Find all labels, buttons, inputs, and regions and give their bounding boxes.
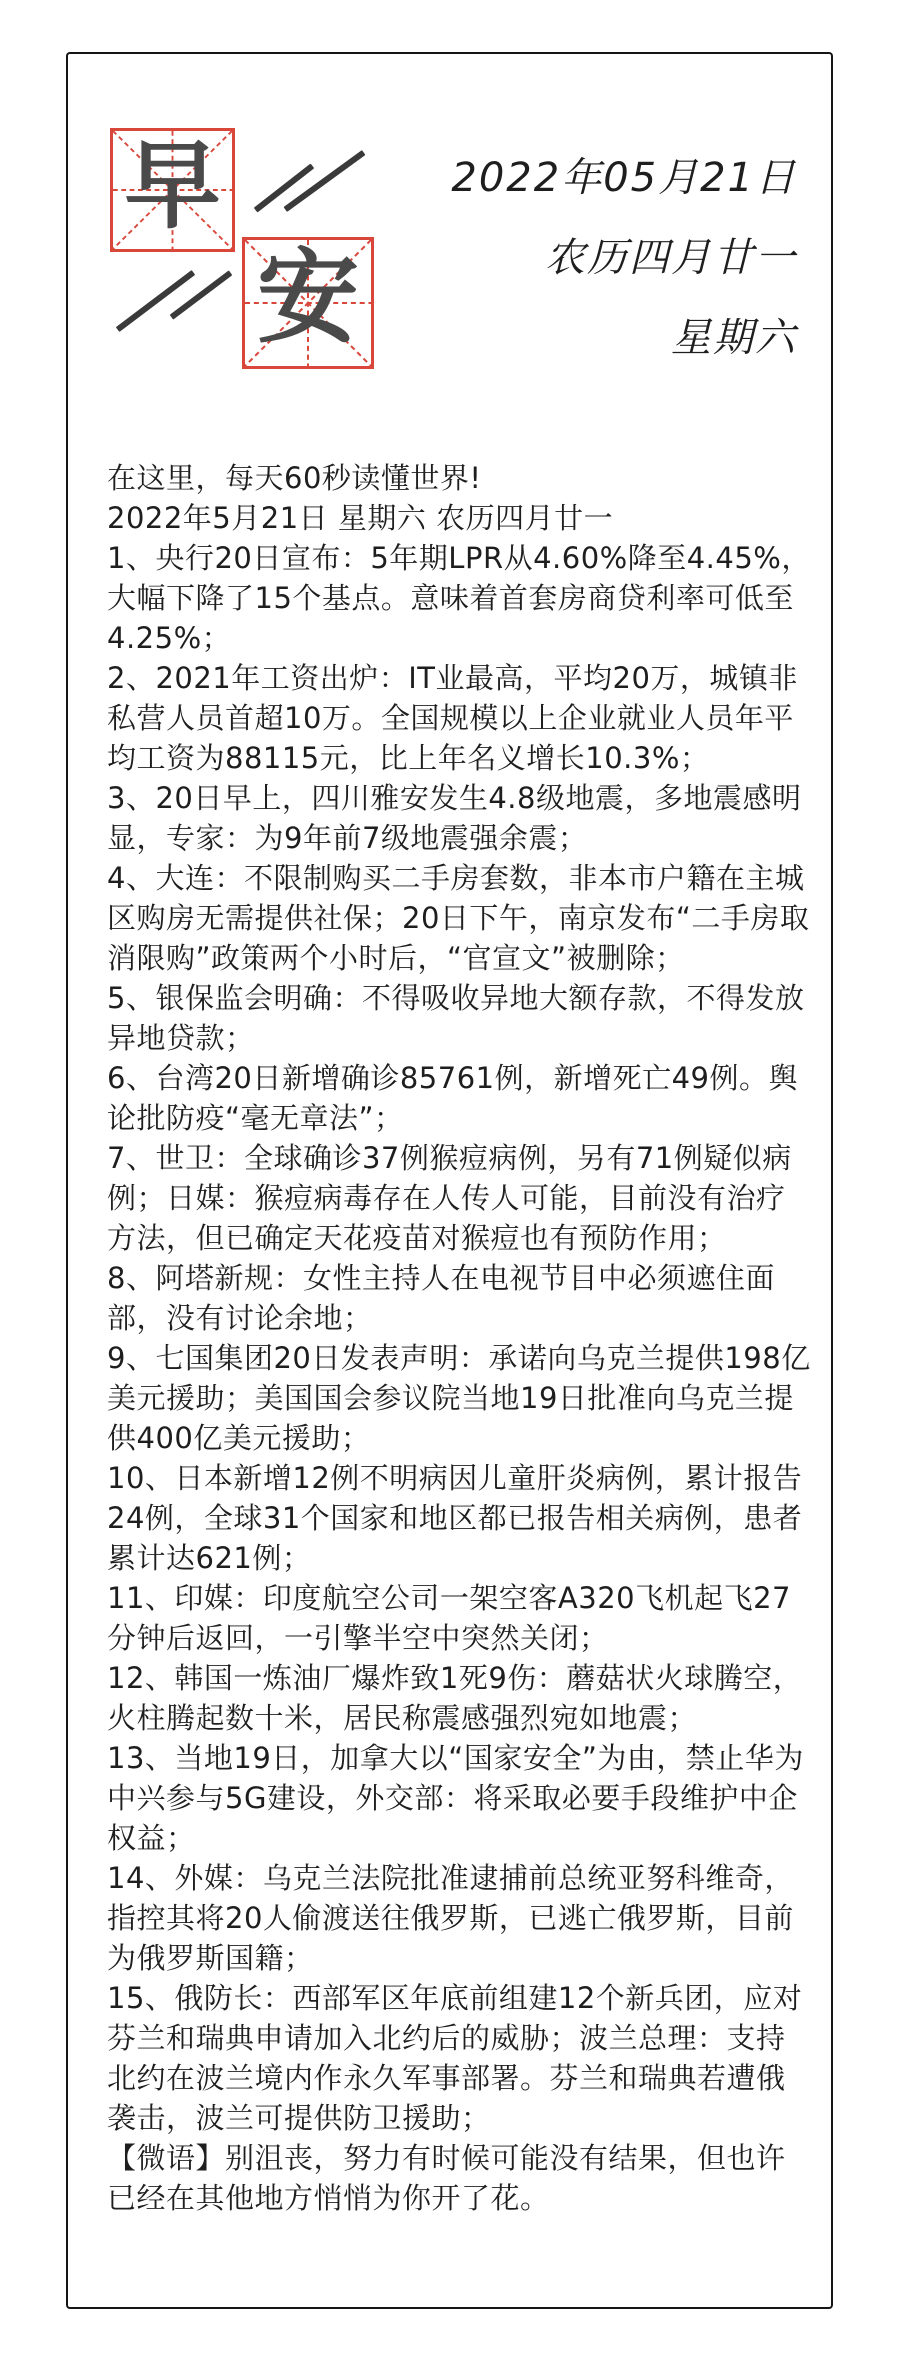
news-item-12: 12、韩国一炼油厂爆炸致1死9伤：蘑菇状火球腾空，火柱腾起数十米，居民称震感强烈… xyxy=(107,1658,813,1738)
intro-line: 在这里，每天60秒读懂世界! xyxy=(107,458,813,498)
news-item-1: 1、央行20日宣布：5年期LPR从4.60%降至4.45%，大幅下降了15个基点… xyxy=(107,538,813,658)
slash-decoration-icon xyxy=(116,270,195,332)
news-item-6: 6、台湾20日新增确诊85761例，新增死亡49例。舆论批防疫“毫无章法”； xyxy=(107,1058,813,1138)
hanzi-box-an: 安 xyxy=(242,237,374,369)
news-item-4: 4、大连：不限制购买二手房套数，非本市户籍在主城区购房无需提供社保；20日下午，… xyxy=(107,858,813,978)
hanzi-an: 安 xyxy=(257,248,359,350)
lunar-date-line: 农历四月廿一 xyxy=(451,218,797,298)
news-item-14: 14、外媒：乌克兰法院批准逮捕前总统亚努科维奇，指控其将20人偷渡送往俄罗斯，已… xyxy=(107,1858,813,1978)
news-item-2: 2、2021年工资出炉：IT业最高，平均20万，城镇非私营人员首超10万。全国规… xyxy=(107,658,813,778)
slash-decoration-icon xyxy=(170,270,233,319)
weiyu-line: 【微语】别沮丧，努力有时候可能没有结果，但也许已经在其他地方悄悄为你开了花。 xyxy=(107,2138,813,2218)
news-body: 在这里，每天60秒读懂世界! 2022年5月21日 星期六 农历四月廿一 1、央… xyxy=(107,458,813,2218)
news-item-7: 7、世卫：全球确诊37例猴痘病例，另有71例疑似病例；日媒：猴痘病毒存在人传人可… xyxy=(107,1138,813,1258)
news-item-15: 15、俄防长：西部军区年底前组建12个新兵团，应对芬兰和瑞典申请加入北约后的威胁… xyxy=(107,1978,813,2138)
news-item-9: 9、七国集团20日发表声明：承诺向乌克兰提供198亿美元援助；美国国会参议院当地… xyxy=(107,1338,813,1458)
weekday-line: 星期六 xyxy=(451,298,797,378)
date-heading: 2022年5月21日 星期六 农历四月廿一 xyxy=(107,498,813,538)
morning-news-card: 早 安 2022年05月21日 农历四月廿一 星期六 在这里，每天60秒读懂世界… xyxy=(66,52,833,2309)
news-item-8: 8、阿塔新规：女性主持人在电视节目中必须遮住面部，没有讨论余地； xyxy=(107,1258,813,1338)
date-line: 2022年05月21日 xyxy=(451,138,797,218)
news-item-5: 5、银保监会明确：不得吸收异地大额存款，不得发放异地贷款； xyxy=(107,978,813,1058)
hanzi-zao: 早 xyxy=(125,138,221,234)
hanzi-box-zao: 早 xyxy=(110,128,235,252)
date-block: 2022年05月21日 农历四月廿一 星期六 xyxy=(451,138,797,378)
news-item-10: 10、日本新增12例不明病因儿童肝炎病例，累计报告24例，全球31个国家和地区都… xyxy=(107,1458,813,1578)
news-item-11: 11、印媒：印度航空公司一架空客A320飞机起飞27分钟后返回，一引擎半空中突然… xyxy=(107,1578,813,1658)
news-item-13: 13、当地19日，加拿大以“国家安全”为由，禁止华为中兴参与5G建设，外交部：将… xyxy=(107,1738,813,1858)
news-item-3: 3、20日早上，四川雅安发生4.8级地震，多地震感明显，专家：为9年前7级地震强… xyxy=(107,778,813,858)
